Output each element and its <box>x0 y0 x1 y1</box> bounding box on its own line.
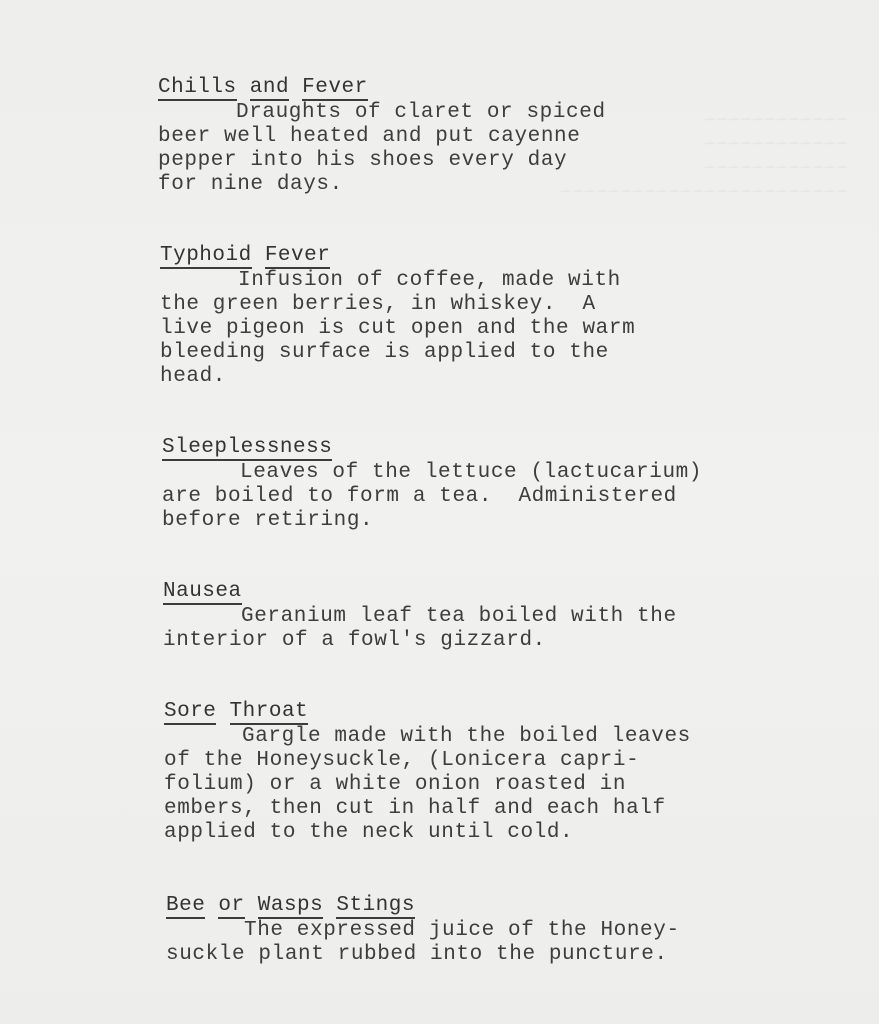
entry-typhoid-fever: Typhoid Fever Infusion of coffee, made w… <box>160 244 635 389</box>
entry-line: Draughts of claret or spiced <box>158 101 606 125</box>
entry-line: pepper into his shoes every day <box>158 149 606 173</box>
heading-word: Typhoid <box>160 245 252 269</box>
entry-line: head. <box>160 365 635 389</box>
entry-heading: Chills and Fever <box>158 76 606 101</box>
heading-word: Chills <box>158 77 237 101</box>
entry-line: for nine days. <box>158 173 606 197</box>
entry-heading: Bee or Wasps Stings <box>166 894 680 919</box>
entry-line: the green berries, in whiskey. A <box>160 293 635 317</box>
entry-chills-and-fever: Chills and Fever Draughts of claret or s… <box>158 76 606 197</box>
entry-line: Gargle made with the boiled leaves <box>164 725 691 749</box>
heading-word: Stings <box>336 895 415 919</box>
heading-word: Wasps <box>258 895 324 919</box>
entry-line: The expressed juice of the Honey- <box>166 919 680 943</box>
entry-line: bleeding surface is applied to the <box>160 341 635 365</box>
entry-sleeplessness: Sleeplessness Leaves of the lettuce (lac… <box>162 436 702 533</box>
typewritten-page: ~~~~~~~~~~~~ ~~~~~~~~~~~~ ~~~~~~~~~~~~ ~… <box>0 0 879 1024</box>
heading-word: Fever <box>302 77 368 101</box>
entry-line: Leaves of the lettuce (lactucarium) <box>162 461 702 485</box>
heading-word: and <box>250 77 289 101</box>
entry-line: interior of a fowl's gizzard. <box>163 629 677 653</box>
entry-heading: Sore Throat <box>164 700 691 725</box>
entry-line: Infusion of coffee, made with <box>160 269 635 293</box>
entry-line: are boiled to form a tea. Administered <box>162 485 702 509</box>
entry-line: suckle plant rubbed into the puncture. <box>166 943 680 967</box>
heading-word: Bee <box>166 895 205 919</box>
entry-heading: Typhoid Fever <box>160 244 635 269</box>
entry-bee-or-wasps-stings: Bee or Wasps Stings The expressed juice … <box>166 894 680 967</box>
heading-word: Nausea <box>163 581 242 605</box>
entry-line: of the Honeysuckle, (Lonicera capri- <box>164 749 691 773</box>
entry-heading: Sleeplessness <box>162 436 702 461</box>
entry-heading: Nausea <box>163 580 677 605</box>
heading-word: Throat <box>230 701 309 725</box>
heading-word: Sleeplessness <box>162 437 332 461</box>
heading-word: Fever <box>265 245 331 269</box>
entry-nausea: Nausea Geranium leaf tea boiled with the… <box>163 580 677 653</box>
entry-line: beer well heated and put cayenne <box>158 125 606 149</box>
entry-line: folium) or a white onion roasted in <box>164 773 691 797</box>
heading-word: Sore <box>164 701 216 725</box>
entry-line: before retiring. <box>162 509 702 533</box>
entry-line: Geranium leaf tea boiled with the <box>163 605 677 629</box>
entry-sore-throat: Sore Throat Gargle made with the boiled … <box>164 700 691 845</box>
entry-line: applied to the neck until cold. <box>164 821 691 845</box>
entry-line: embers, then cut in half and each half <box>164 797 691 821</box>
entry-line: live pigeon is cut open and the warm <box>160 317 635 341</box>
heading-word: or <box>218 895 244 919</box>
